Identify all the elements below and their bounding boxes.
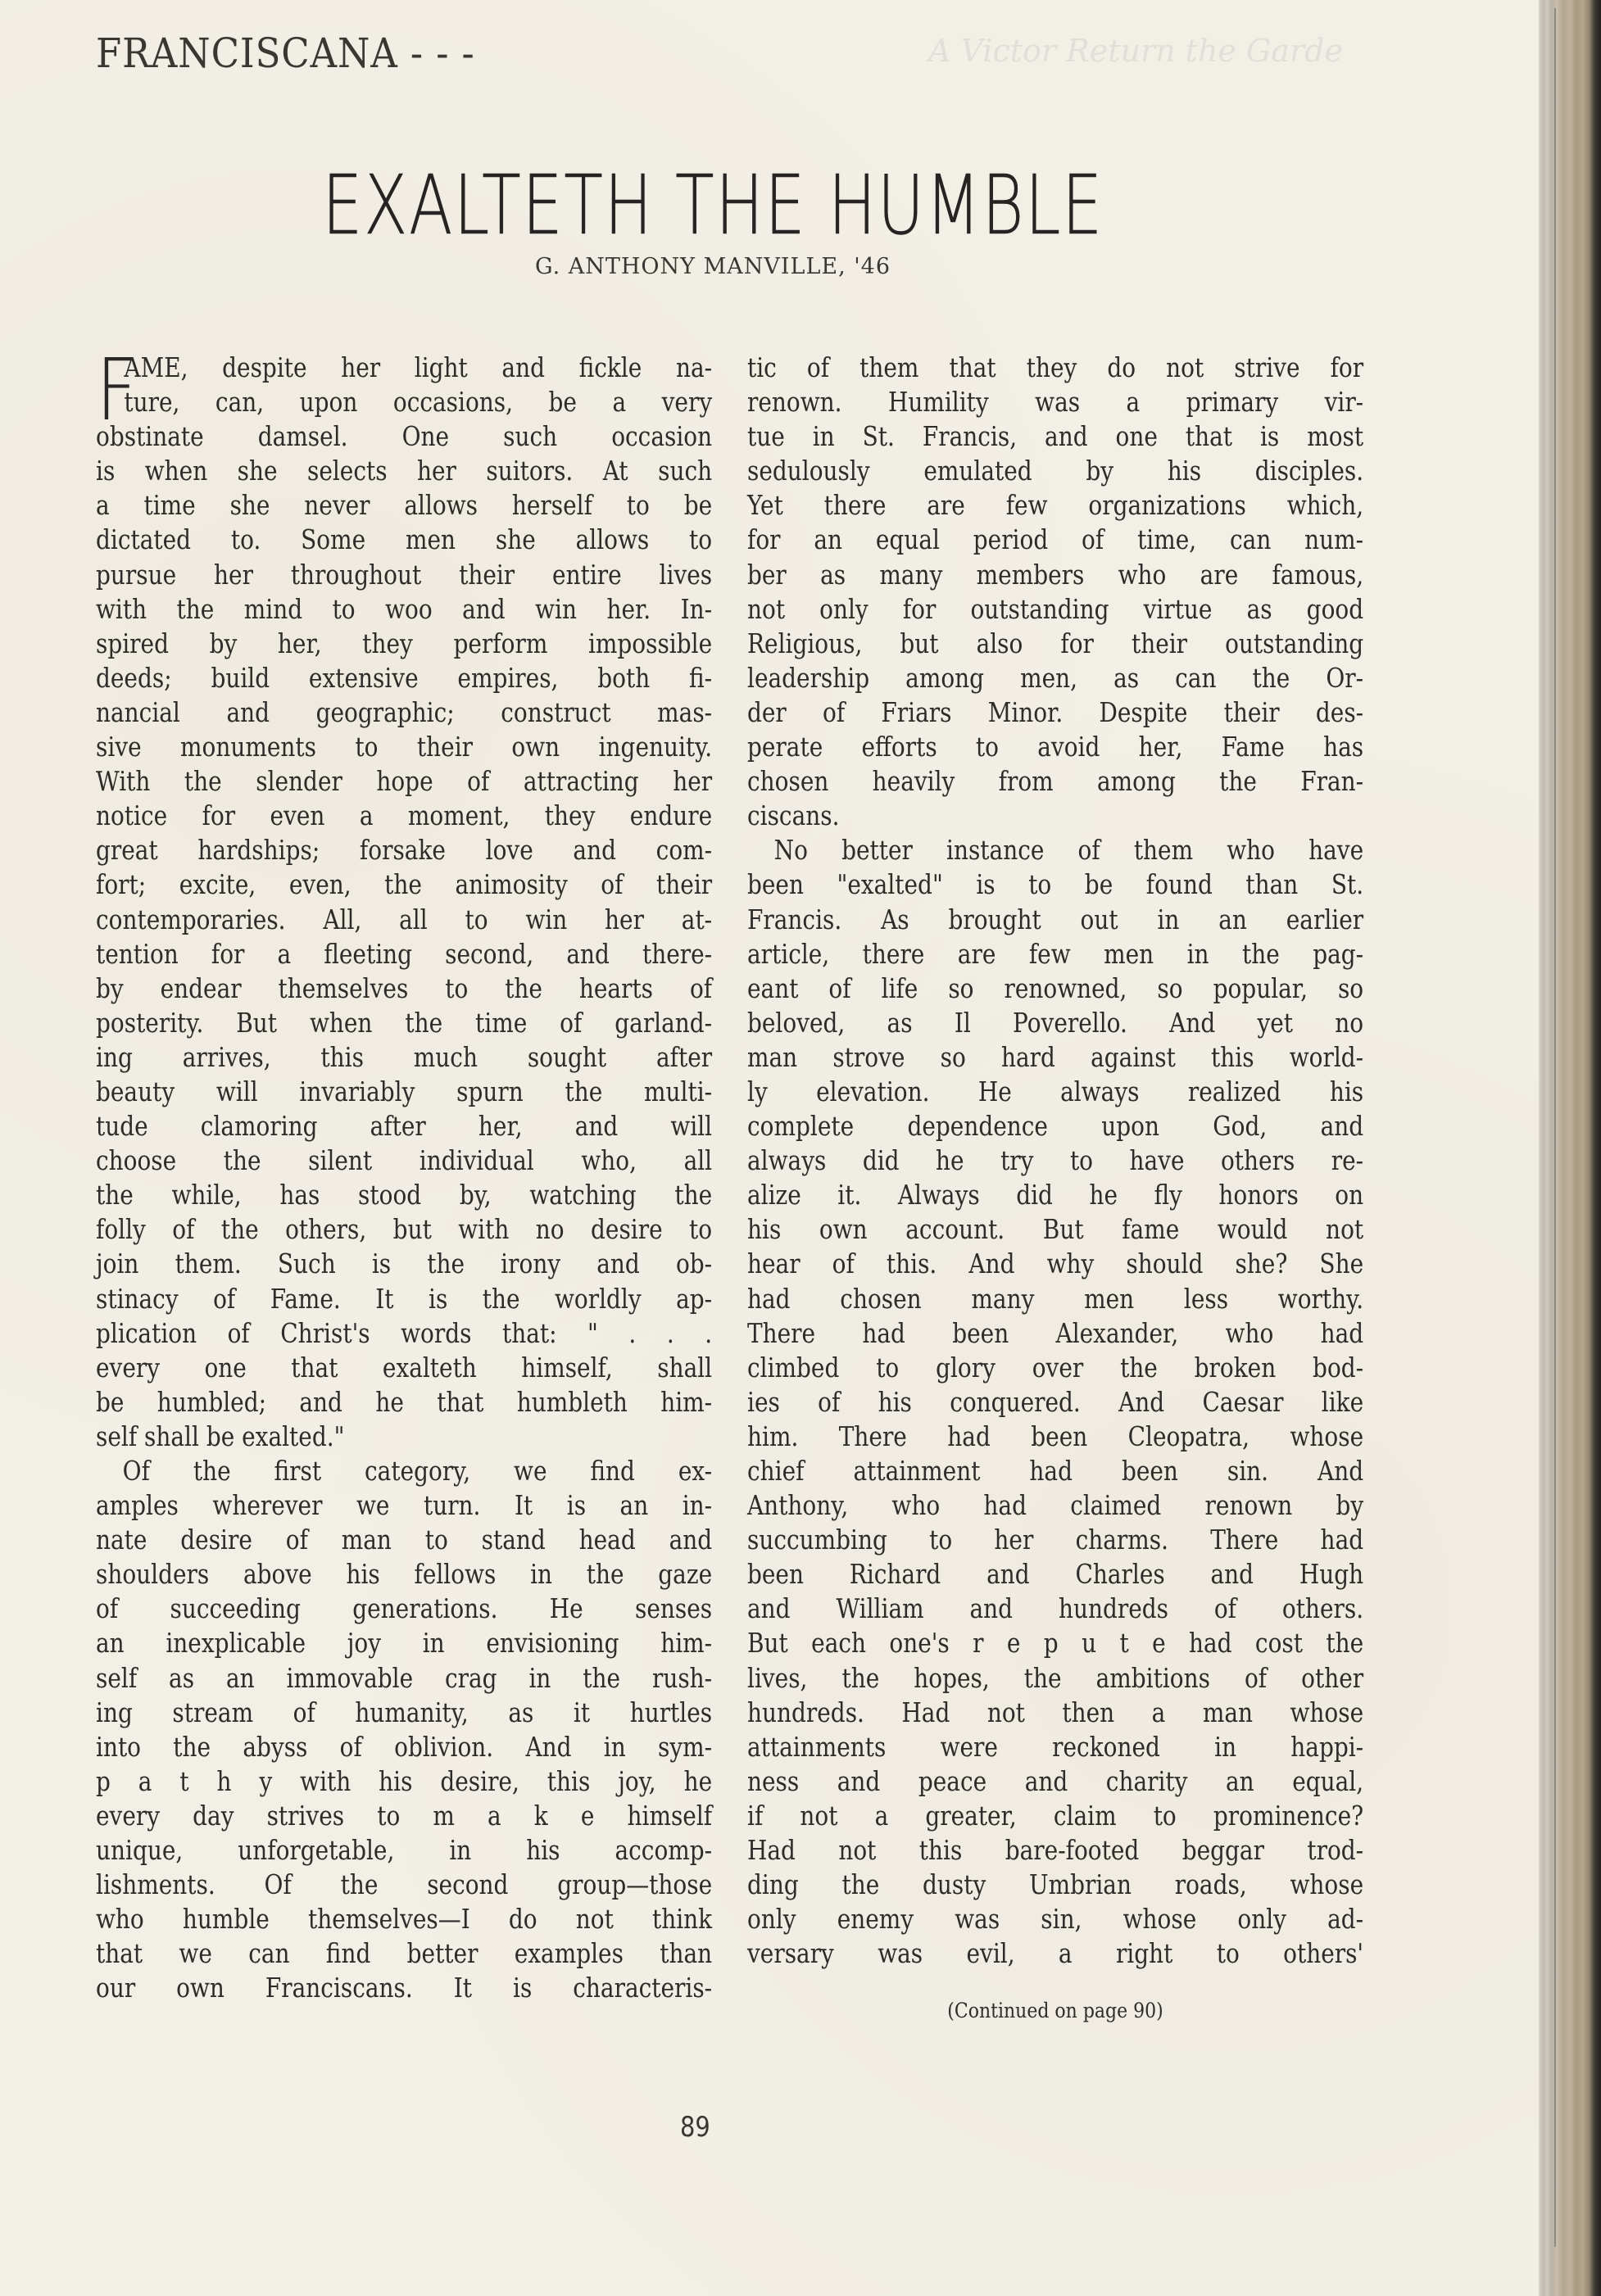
text-line: Anthony, who had claimed renown by xyxy=(747,1488,1363,1523)
text-line: Of the first category, we find ex- xyxy=(96,1454,712,1488)
text-line: No better instance of them who have xyxy=(747,833,1363,867)
text-line: always did he try to have others re- xyxy=(747,1143,1363,1178)
running-header: FRANCISCANA - - - xyxy=(96,29,475,77)
article-byline: G. ANTHONY MANVILLE, '46 xyxy=(0,254,1426,279)
text-line: With the slender hope of attracting her xyxy=(96,764,712,799)
text-line: leadership among men, as can the Or- xyxy=(747,661,1363,695)
text-line: deeds; build extensive empires, both fi- xyxy=(96,661,712,695)
text-line: every day strives to m a k e himself xyxy=(96,1799,712,1833)
text-line: fort; excite, even, the animosity of the… xyxy=(96,867,712,902)
text-line: ber as many members who are famous, xyxy=(747,558,1363,592)
text-line: by endear themselves to the hearts of xyxy=(96,971,712,1006)
text-line: ly elevation. He always realized his xyxy=(747,1075,1363,1109)
text-line: with the mind to woo and win her. In- xyxy=(96,592,712,627)
text-line: notice for even a moment, they endure xyxy=(96,799,712,833)
text-line: But each one's r e p u t e had cost the xyxy=(747,1626,1363,1660)
text-line: alize it. Always did he fly honors on xyxy=(747,1178,1363,1212)
text-line: dictated to. Some men she allows to xyxy=(96,523,712,557)
text-line: self as an immovable crag in the rush- xyxy=(96,1661,712,1696)
text-line: spired by her, they perform impossible xyxy=(96,627,712,661)
article-title: EXALTETH THE HUMBLE xyxy=(156,157,1268,253)
text-line: into the abyss of oblivion. And in sym- xyxy=(96,1730,712,1764)
text-line: folly of the others, but with no desire … xyxy=(96,1212,712,1247)
text-line: ing arrives, this much sought after xyxy=(96,1040,712,1075)
text-line: tue in St. Francis, and one that is most xyxy=(747,419,1363,454)
bleed-through-header: A Victor Return the Garde xyxy=(928,33,1343,69)
text-line: hear of this. And why should she? She xyxy=(747,1247,1363,1281)
text-line: Francis. As brought out in an earlier xyxy=(747,903,1363,937)
text-line: stinacy of Fame. It is the worldly ap- xyxy=(96,1282,712,1316)
text-line: Yet there are few organizations which, xyxy=(747,488,1363,523)
text-line: great hardships; forsake love and com- xyxy=(96,833,712,867)
text-line: ing stream of humanity, as it hurtles xyxy=(96,1696,712,1730)
text-line: sedulously emulated by his disciples. xyxy=(747,454,1363,488)
page-number: 89 xyxy=(680,2111,710,2144)
text-line: the while, has stood by, watching the xyxy=(96,1178,712,1212)
text-line: nancial and geographic; construct mas- xyxy=(96,695,712,730)
text-line: p a t h y with his desire, this joy, he xyxy=(96,1764,712,1799)
text-line: only enemy was sin, whose only ad- xyxy=(747,1902,1363,1936)
text-line: for an equal period of time, can num- xyxy=(747,523,1363,557)
text-line: been "exalted" is to be found than St. xyxy=(747,867,1363,902)
text-line: join them. Such is the irony and ob- xyxy=(96,1247,712,1281)
text-line: had chosen many men less worthy. xyxy=(747,1282,1363,1316)
text-line: ies of his conquered. And Caesar like xyxy=(747,1385,1363,1420)
text-line: not only for outstanding virtue as good xyxy=(747,592,1363,627)
text-line: renown. Humility was a primary vir- xyxy=(747,385,1363,419)
text-line: nate desire of man to stand head and xyxy=(96,1523,712,1557)
text-line: amples wherever we turn. It is an in- xyxy=(96,1488,712,1523)
text-line: beloved, as Il Poverello. And yet no xyxy=(747,1006,1363,1040)
text-line: lives, the hopes, the ambitions of other xyxy=(747,1661,1363,1696)
left-column: AME, despite her light and fickle na- tu… xyxy=(96,351,712,2006)
text-line: be humbled; and he that humbleth him- xyxy=(96,1385,712,1420)
text-line: obstinate damsel. One such occasion xyxy=(96,419,712,454)
text-line: beauty will invariably spurn the multi- xyxy=(96,1075,712,1109)
text-line: an inexplicable joy in envisioning him- xyxy=(96,1626,712,1660)
text-line: choose the silent individual who, all xyxy=(96,1143,712,1178)
text-line: der of Friars Minor. Despite their des- xyxy=(747,695,1363,730)
text-line: chosen heavily from among the Fran- xyxy=(747,764,1363,799)
text-line: if not a greater, claim to prominence? xyxy=(747,1799,1363,1833)
text-line: tic of them that they do not strive for xyxy=(747,351,1363,385)
page-stack-edge xyxy=(1539,0,1601,2296)
text-line: our own Franciscans. It is characteris- xyxy=(96,1971,712,2005)
text-line: been Richard and Charles and Hugh xyxy=(747,1557,1363,1592)
text-line: tention for a fleeting second, and there… xyxy=(96,937,712,971)
text-line: ness and peace and charity an equal, xyxy=(747,1764,1363,1799)
text-line: perate efforts to avoid her, Fame has xyxy=(747,730,1363,764)
text-line: lishments. Of the second group—those xyxy=(96,1868,712,1902)
text-line: posterity. But when the time of garland- xyxy=(96,1006,712,1040)
text-line: that we can find better examples than xyxy=(96,1936,712,1971)
text-line: chief attainment had been sin. And xyxy=(747,1454,1363,1488)
right-column: tic of them that they do not strive for … xyxy=(747,351,1363,1971)
text-line: his own account. But fame would not xyxy=(747,1212,1363,1247)
text-line: article, there are few men in the pag- xyxy=(747,937,1363,971)
text-line: attainments were reckoned in happi- xyxy=(747,1730,1363,1764)
text-line: man strove so hard against this world- xyxy=(747,1040,1363,1075)
text-line: plication of Christ's words that: " . . … xyxy=(96,1316,712,1351)
text-line: tude clamoring after her, and will xyxy=(96,1109,712,1143)
text-line: Had not this bare-footed beggar trod- xyxy=(747,1833,1363,1868)
text-line: every one that exalteth himself, shall xyxy=(96,1351,712,1385)
page-edge-line xyxy=(1554,8,1556,2247)
text-line: is when she selects her suitors. At such xyxy=(96,454,712,488)
text-line: a time she never allows herself to be xyxy=(96,488,712,523)
text-line: eant of life so renowned, so popular, so xyxy=(747,971,1363,1006)
text-line: sive monuments to their own ingenuity. xyxy=(96,730,712,764)
text-line: who humble themselves—I do not think xyxy=(96,1902,712,1936)
text-line: succumbing to her charms. There had xyxy=(747,1523,1363,1557)
text-line: and William and hundreds of others. xyxy=(747,1592,1363,1626)
text-line: There had been Alexander, who had xyxy=(747,1316,1363,1351)
text-line: contemporaries. All, all to win her at- xyxy=(96,903,712,937)
text-line: versary was evil, a right to others' xyxy=(747,1936,1363,1971)
text-line: Religious, but also for their outstandin… xyxy=(747,627,1363,661)
text-line: shoulders above his fellows in the gaze xyxy=(96,1557,712,1592)
continued-note: (Continued on page 90) xyxy=(784,1999,1327,2022)
text-line: of succeeding generations. He senses xyxy=(96,1592,712,1626)
text-line: pursue her throughout their entire lives xyxy=(96,558,712,592)
text-line: hundreds. Had not then a man whose xyxy=(747,1696,1363,1730)
text-line: ciscans. xyxy=(747,799,1363,833)
text-line: complete dependence upon God, and xyxy=(747,1109,1363,1143)
text-line: unique, unforgetable, in his accomp- xyxy=(96,1833,712,1868)
text-line: ding the dusty Umbrian roads, whose xyxy=(747,1868,1363,1902)
text-line: ture, can, upon occasions, be a very xyxy=(96,385,712,419)
text-line: climbed to glory over the broken bod- xyxy=(747,1351,1363,1385)
text-line: AME, despite her light and fickle na- xyxy=(96,351,712,385)
text-line: self shall be exalted." xyxy=(96,1420,712,1454)
text-line: him. There had been Cleopatra, whose xyxy=(747,1420,1363,1454)
